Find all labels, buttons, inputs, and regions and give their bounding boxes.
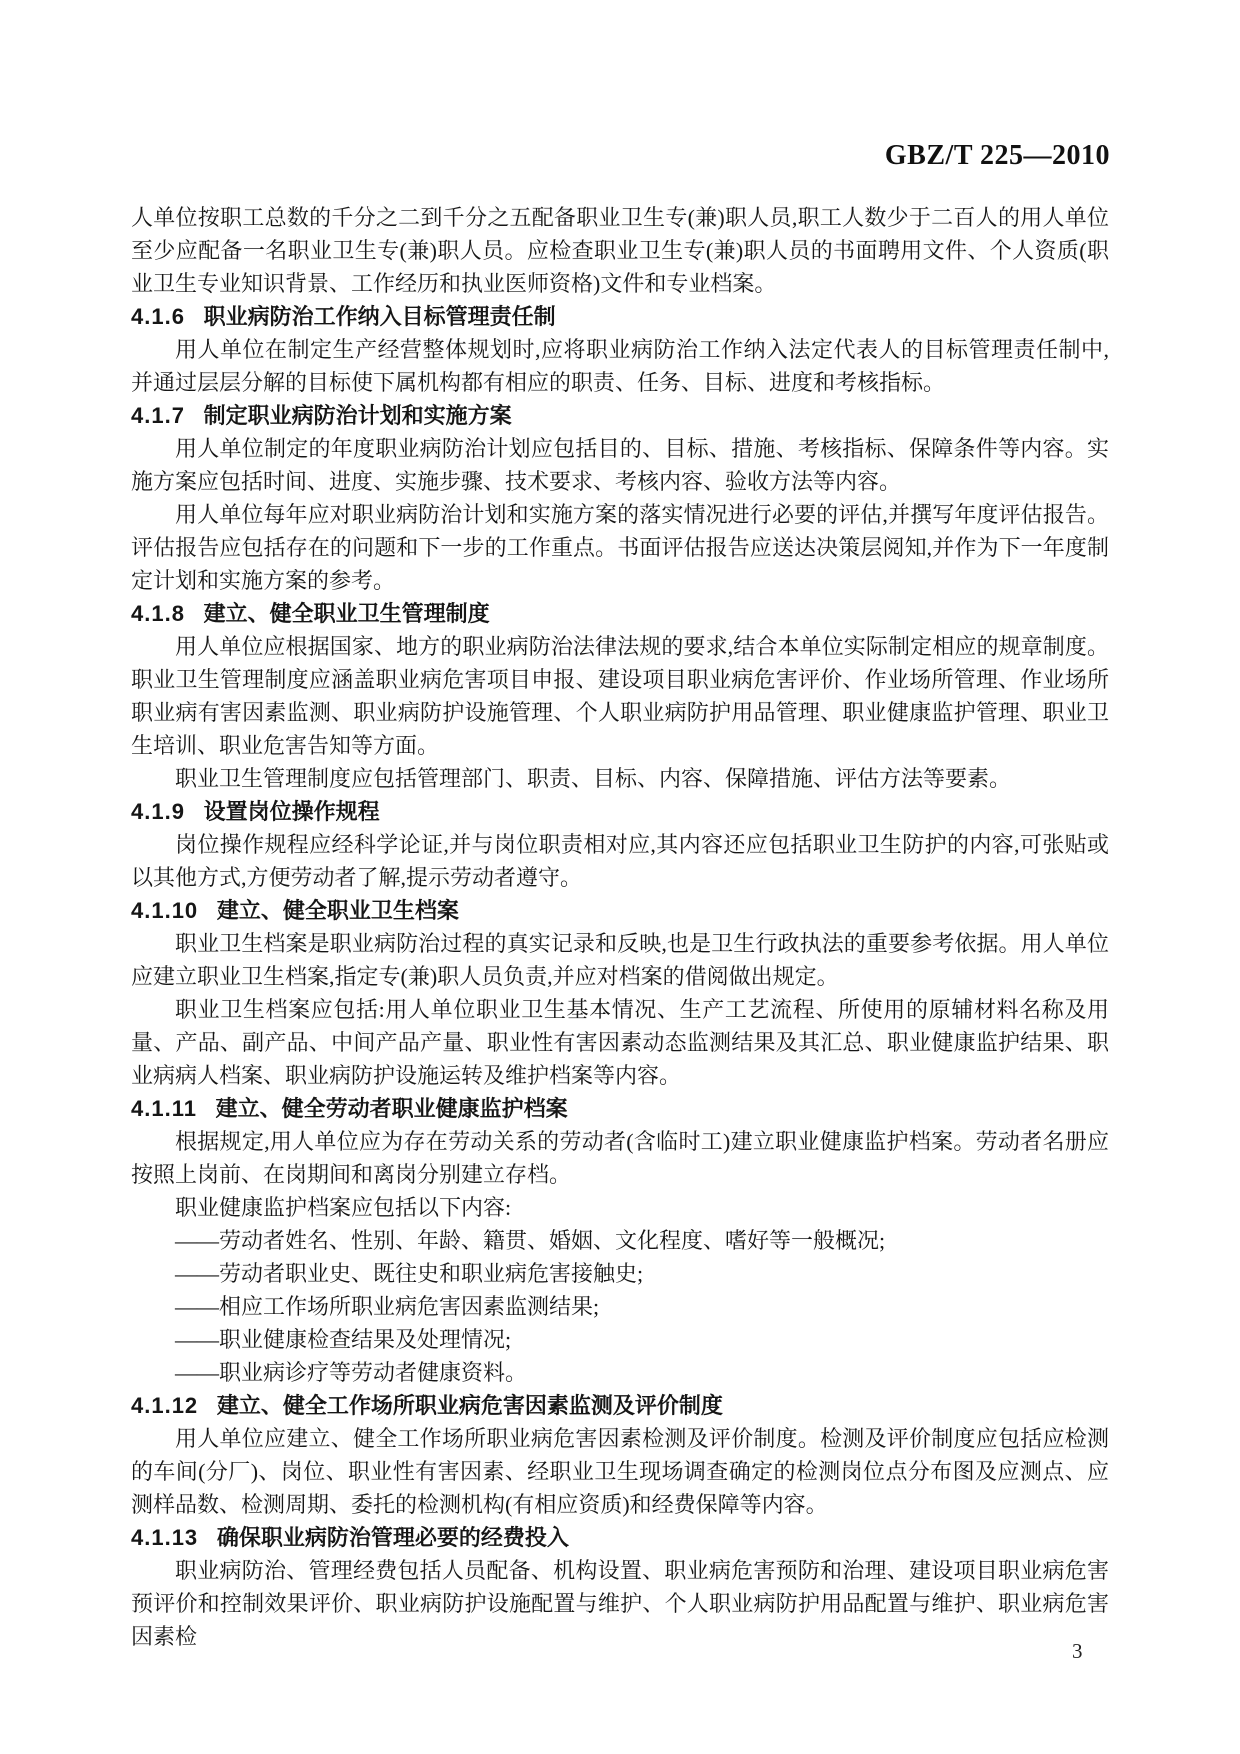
paragraph: 职业健康监护档案应包括以下内容: [131,1191,1109,1224]
document-page: GBZ/T 225—2010 人单位按职工总数的千分之二到千分之五配备职业卫生专… [0,0,1240,1754]
section-number: 4.1.10 [131,898,198,923]
section-title: 建立、健全工作场所职业病危害因素监测及评价制度 [217,1393,723,1418]
section-heading: 4.1.9设置岗位操作规程 [131,795,1109,828]
section-title: 设置岗位操作规程 [204,799,380,824]
page-number: 3 [1072,1639,1083,1664]
section-title: 建立、健全职业卫生管理制度 [204,601,490,626]
section-title: 制定职业病防治计划和实施方案 [204,403,512,428]
paragraph: 职业卫生管理制度应包括管理部门、职责、目标、内容、保障措施、评估方法等要素。 [131,762,1109,795]
paragraph: 职业病防治、管理经费包括人员配备、机构设置、职业病危害预防和治理、建设项目职业病… [131,1554,1109,1653]
section-number: 4.1.7 [131,403,185,428]
section-heading: 4.1.7制定职业病防治计划和实施方案 [131,399,1109,432]
section-number: 4.1.13 [131,1525,198,1550]
list-item: ——劳动者职业史、既往史和职业病危害接触史; [131,1257,1109,1290]
paragraph: 用人单位应建立、健全工作场所职业病危害因素检测及评价制度。检测及评价制度应包括应… [131,1422,1109,1521]
section-number: 4.1.11 [131,1096,197,1121]
paragraph: 用人单位每年应对职业病防治计划和实施方案的落实情况进行必要的评估,并撰写年度评估… [131,498,1109,597]
section-title: 职业病防治工作纳入目标管理责任制 [204,304,556,329]
list-item: ——职业健康检查结果及处理情况; [131,1323,1109,1356]
paragraph: 岗位操作规程应经科学论证,并与岗位职责相对应,其内容还应包括职业卫生防护的内容,… [131,828,1109,894]
paragraph: 人单位按职工总数的千分之二到千分之五配备职业卫生专(兼)职人员,职工人数少于二百… [131,201,1109,300]
section-number: 4.1.6 [131,304,185,329]
section-number: 4.1.9 [131,799,185,824]
section-heading: 4.1.8建立、健全职业卫生管理制度 [131,597,1109,630]
section-heading: 4.1.12建立、健全工作场所职业病危害因素监测及评价制度 [131,1389,1109,1422]
section-title: 确保职业病防治管理必要的经费投入 [217,1525,569,1550]
section-heading: 4.1.13确保职业病防治管理必要的经费投入 [131,1521,1109,1554]
section-heading: 4.1.10建立、健全职业卫生档案 [131,894,1109,927]
paragraph: 根据规定,用人单位应为存在劳动关系的劳动者(含临时工)建立职业健康监护档案。劳动… [131,1125,1109,1191]
section-title: 建立、健全职业卫生档案 [217,898,459,923]
section-heading: 4.1.11建立、健全劳动者职业健康监护档案 [131,1092,1109,1125]
standard-code: GBZ/T 225—2010 [885,140,1110,172]
list-item: ——相应工作场所职业病危害因素监测结果; [131,1290,1109,1323]
list-item: ——职业病诊疗等劳动者健康资料。 [131,1356,1109,1389]
section-heading: 4.1.6职业病防治工作纳入目标管理责任制 [131,300,1109,333]
paragraph: 职业卫生档案是职业病防治过程的真实记录和反映,也是卫生行政执法的重要参考依据。用… [131,927,1109,993]
section-number: 4.1.8 [131,601,185,626]
paragraph: 用人单位在制定生产经营整体规划时,应将职业病防治工作纳入法定代表人的目标管理责任… [131,333,1109,399]
paragraph: 用人单位应根据国家、地方的职业病防治法律法规的要求,结合本单位实际制定相应的规章… [131,630,1109,762]
paragraph: 用人单位制定的年度职业病防治计划应包括目的、目标、措施、考核指标、保障条件等内容… [131,432,1109,498]
list-item: ——劳动者姓名、性别、年龄、籍贯、婚姻、文化程度、嗜好等一般概况; [131,1224,1109,1257]
section-number: 4.1.12 [131,1393,198,1418]
paragraph: 职业卫生档案应包括:用人单位职业卫生基本情况、生产工艺流程、所使用的原辅材料名称… [131,993,1109,1092]
section-title: 建立、健全劳动者职业健康监护档案 [216,1096,568,1121]
document-body: 人单位按职工总数的千分之二到千分之五配备职业卫生专(兼)职人员,职工人数少于二百… [131,201,1109,1653]
